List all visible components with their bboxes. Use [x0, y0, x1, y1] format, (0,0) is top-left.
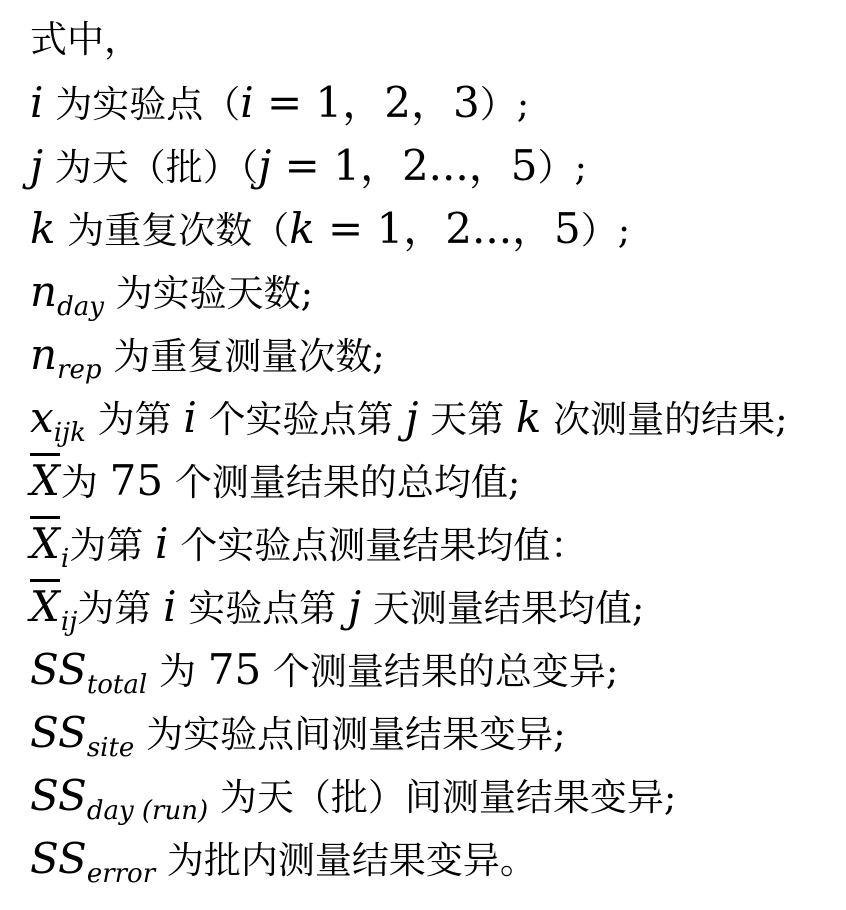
text-run: ）;: [480, 83, 529, 126]
definition-line: k 为重复次数（k = 1，2...，5）;: [30, 197, 836, 260]
math-run: = 1，2...，5: [271, 141, 537, 190]
text-run: 为天（批）间测量结果变异;: [208, 776, 676, 819]
definition-line: SSerror 为批内测量结果变异。: [30, 827, 836, 890]
definition-line: SSsite 为实验点间测量结果变异;: [30, 701, 836, 764]
variable: SS: [30, 771, 87, 820]
text-run: 个测量结果的总变异;: [261, 650, 618, 693]
subscript: rep: [57, 355, 101, 385]
variable: n: [30, 330, 57, 379]
text-run: ）;: [537, 146, 586, 189]
variable: k: [516, 393, 541, 442]
variable: j: [258, 141, 271, 190]
variable: k: [30, 204, 55, 253]
text-run: 为第: [69, 524, 155, 567]
variable: i: [240, 78, 253, 127]
variable: j: [30, 141, 43, 190]
definition-line: nday 为实验天数;: [30, 260, 836, 323]
definition-line: 式中，: [30, 8, 836, 71]
subscript: ijk: [54, 418, 86, 448]
definition-line: Xi为第 i 个实验点测量结果均值：: [30, 512, 836, 575]
variable: i: [30, 78, 43, 127]
definition-line: SStotal 为 75 个测量结果的总变异;: [30, 638, 836, 701]
definition-line: i 为实验点（i = 1，2，3）;: [30, 71, 836, 134]
text-run: ）;: [581, 209, 630, 252]
text-run: 为实验天数;: [104, 272, 313, 315]
variable: SS: [30, 645, 87, 694]
document-body: 式中，i 为实验点（i = 1，2，3）;j 为天（批）（j = 1，2...，…: [30, 8, 836, 890]
definition-line: nrep 为重复测量次数;: [30, 323, 836, 386]
math-run: = 1，2，3: [254, 78, 480, 127]
variable: i: [155, 519, 168, 568]
variable: k: [289, 204, 314, 253]
text-run: 为实验点间测量结果变异;: [134, 713, 565, 756]
subscript: error: [87, 859, 155, 889]
text-run: 为第: [86, 398, 184, 441]
text-run: 个实验点第: [197, 398, 406, 441]
mean-overline-variable: X: [30, 579, 60, 629]
text-run: 为重复次数（: [55, 209, 289, 252]
math-run: 75: [208, 645, 261, 694]
variable: j: [348, 582, 361, 631]
text-run: 为第: [77, 587, 163, 630]
variable: x: [30, 393, 54, 442]
text-run: 为: [61, 461, 110, 504]
text-run: 为批内测量结果变异。: [155, 839, 537, 882]
mean-overline-variable: X: [30, 516, 60, 566]
text-run: 天测量结果均值;: [361, 587, 644, 630]
text-run: 次测量的结果;: [541, 398, 787, 441]
subscript: ij: [61, 607, 77, 637]
text-run: 实验点第: [177, 587, 349, 630]
variable: SS: [30, 708, 87, 757]
subscript: day: [57, 292, 104, 322]
variable: j: [405, 393, 418, 442]
definition-line: X为 75 个测量结果的总均值;: [30, 449, 836, 512]
subscript: site: [87, 733, 135, 763]
definition-line: SSday (run) 为天（批）间测量结果变异;: [30, 764, 836, 827]
subscript: day (run): [87, 796, 208, 826]
subscript: total: [87, 670, 147, 700]
mean-overline-variable: X: [30, 453, 60, 503]
text-run: 为实验点（: [43, 83, 240, 126]
text-run: 式中，: [30, 18, 141, 61]
definition-line: j 为天（批）（j = 1，2...，5）;: [30, 134, 836, 197]
definition-line: xijk 为第 i 个实验点第 j 天第 k 次测量的结果;: [30, 386, 836, 449]
math-run: = 1，2...，5: [315, 204, 581, 253]
variable: i: [183, 393, 196, 442]
variable: n: [30, 267, 57, 316]
document-page: 式中，i 为实验点（i = 1，2，3）;j 为天（批）（j = 1，2...，…: [0, 0, 846, 910]
definition-line: Xij为第 i 实验点第 j 天测量结果均值;: [30, 575, 836, 638]
variable: i: [163, 582, 176, 631]
text-run: 为重复测量次数;: [102, 335, 385, 378]
text-run: 为: [147, 650, 208, 693]
variable: SS: [30, 834, 87, 883]
math-run: 75: [110, 456, 163, 505]
text-run: 天第: [418, 398, 516, 441]
text-run: 个实验点测量结果均值：: [168, 524, 587, 567]
subscript: i: [61, 544, 69, 574]
text-run: 为天（批）（: [43, 146, 258, 189]
text-run: 个测量结果的总均值;: [163, 461, 520, 504]
